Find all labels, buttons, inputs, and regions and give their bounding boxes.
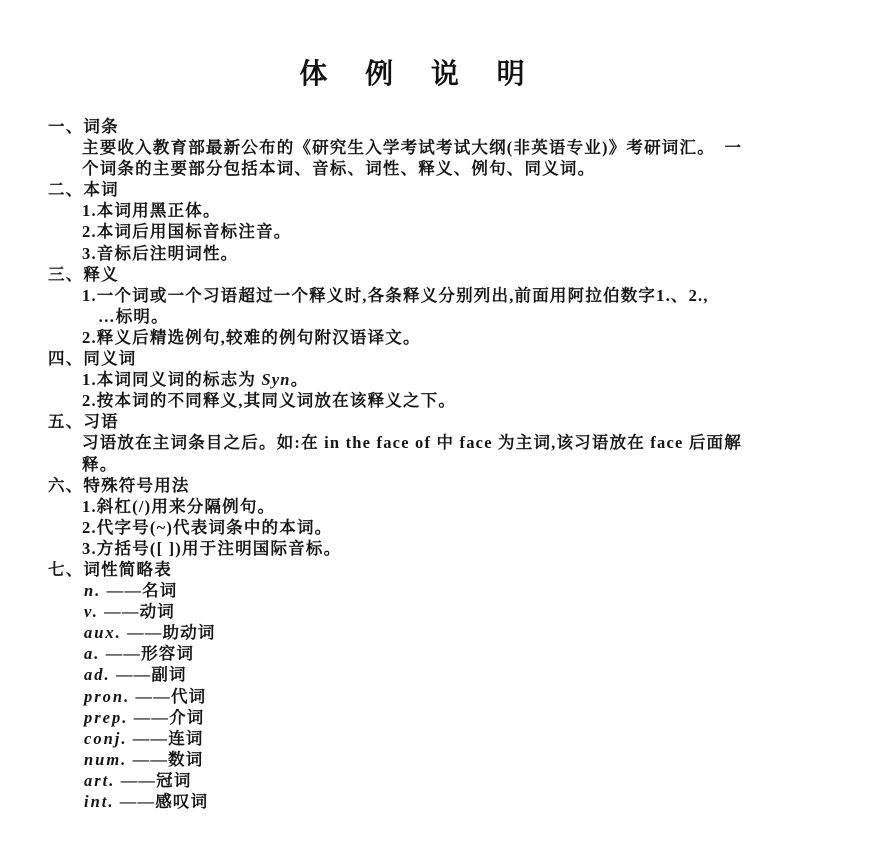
paragraph-line: 习语放在主词条目之后。如:在 in the face of 中 face 为主词… [82,432,870,453]
pos-table-row: prep. ——介词 [84,707,870,728]
text-segment: 。 [291,370,309,389]
text-segment: 1.本词用黑正体。 [82,201,221,220]
list-item: 2.按本词的不同释义,其同义词放在该释义之下。 [82,390,870,411]
text-segment: 五、习语 [48,412,119,431]
text-segment: 六、特殊符号用法 [48,476,190,495]
text-segment: 习语放在主词条目之后。如:在 in the face of 中 face 为主词… [82,433,742,452]
list-item: 1.一个词或一个习语超过一个释义时,各条释义分别列出,前面用阿拉伯数字1.、2.… [82,285,870,306]
pos-abbreviation: prep. [84,708,128,727]
text-segment: 1.斜杠(/)用来分隔例句。 [82,497,275,516]
pos-abbreviation: ad. [84,665,111,684]
list-item: 1.斜杠(/)用来分隔例句。 [82,496,870,517]
text-segment: ——助动词 [122,623,216,642]
list-item: 2.本词后用国标音标注音。 [82,221,870,242]
pos-abbreviation: n. [84,581,101,600]
pos-abbreviation: num. [84,750,127,769]
text-segment: ——连词 [127,729,203,748]
text-segment: 释。 [82,455,117,474]
list-item: 2.释义后精选例句,较难的例句附汉语译文。 [82,327,870,348]
pos-table-row: conj. ——连词 [84,728,870,749]
pos-abbreviation: conj. [84,729,127,748]
text-segment: 3.方括号([ ])用于注明国际音标。 [82,539,341,558]
text-segment: 3.音标后注明词性。 [82,244,238,263]
text-segment: 2.代字号(~)代表词条中的本词。 [82,518,332,537]
text-segment: 二、本词 [48,180,119,199]
pos-table-row: art. ——冠词 [84,770,870,791]
text-segment: ——感叹词 [114,792,208,811]
list-item-continuation: …标明。 [98,306,870,327]
text-segment: ——数词 [127,750,203,769]
scanned-document-page: 体 例 说 明 一、词条主要收入教育部最新公布的《研究生入学考试考试大纲(非英语… [0,0,870,842]
paragraph-line: 个词条的主要部分包括本词、音标、词性、释义、例句、同义词。 [82,158,870,179]
list-item: 2.代字号(~)代表词条中的本词。 [82,517,870,538]
pos-table-row: int. ——感叹词 [84,791,870,812]
text-segment: 2.本词后用国标音标注音。 [82,222,291,241]
section-heading-3: 三、释义 [48,264,870,285]
pos-table-row: a. ——形容词 [84,643,870,664]
section-heading-1: 一、词条 [48,116,870,137]
pos-abbreviation: pron. [84,687,130,706]
section-heading-4: 四、同义词 [48,348,870,369]
pos-abbreviation: int. [84,792,114,811]
text-segment: 1.一个词或一个习语超过一个释义时,各条释义分别列出,前面用阿拉伯数字1.、2.… [82,286,709,305]
pos-table-row: num. ——数词 [84,749,870,770]
text-segment: …标明。 [98,307,169,326]
text-segment: 个词条的主要部分包括本词、音标、词性、释义、例句、同义词。 [82,159,595,178]
text-segment: 主要收入教育部最新公布的《研究生入学考试考试大纲(非英语专业)》考研词汇。 一 [82,138,742,157]
pos-abbreviation: art. [84,771,115,790]
section-heading-6: 六、特殊符号用法 [48,475,870,496]
list-item: 1.本词同义词的标志为 Syn。 [82,369,870,390]
pos-table-row: ad. ——副词 [84,664,870,685]
section-heading-5: 五、习语 [48,411,870,432]
synonym-marker: Syn [261,370,290,389]
text-segment: 1.本词同义词的标志为 [82,370,261,389]
text-segment: 七、词性简略表 [48,560,172,579]
pos-abbreviation: aux. [84,623,122,642]
text-segment: 四、同义词 [48,349,137,368]
text-segment: 一、词条 [48,117,119,136]
text-segment: ——形容词 [100,644,194,663]
pos-table-row: n. ——名词 [84,580,870,601]
content-lines: 一、词条主要收入教育部最新公布的《研究生入学考试考试大纲(非英语专业)》考研词汇… [0,116,870,812]
paragraph-line: 主要收入教育部最新公布的《研究生入学考试考试大纲(非英语专业)》考研词汇。 一 [82,137,870,158]
text-segment: ——介词 [128,708,204,727]
pos-abbreviation: v. [84,602,99,621]
text-segment: ——副词 [111,665,187,684]
text-segment: ——动词 [99,602,175,621]
text-segment: 2.按本词的不同释义,其同义词放在该释义之下。 [82,391,456,410]
section-heading-7: 七、词性简略表 [48,559,870,580]
list-item: 3.音标后注明词性。 [82,243,870,264]
list-item: 3.方括号([ ])用于注明国际音标。 [82,538,870,559]
text-segment: 三、释义 [48,265,119,284]
text-segment: ——冠词 [115,771,191,790]
paragraph-line: 释。 [82,454,870,475]
text-segment: 2.释义后精选例句,较难的例句附汉语译文。 [82,328,421,347]
pos-table-row: aux. ——助动词 [84,622,870,643]
list-item: 1.本词用黑正体。 [82,200,870,221]
section-heading-2: 二、本词 [48,179,870,200]
page-title: 体 例 说 明 [0,0,870,116]
text-segment: ——代词 [130,687,206,706]
text-segment: ——名词 [101,581,177,600]
pos-table-row: pron. ——代词 [84,686,870,707]
pos-abbreviation: a. [84,644,100,663]
pos-table-row: v. ——动词 [84,601,870,622]
